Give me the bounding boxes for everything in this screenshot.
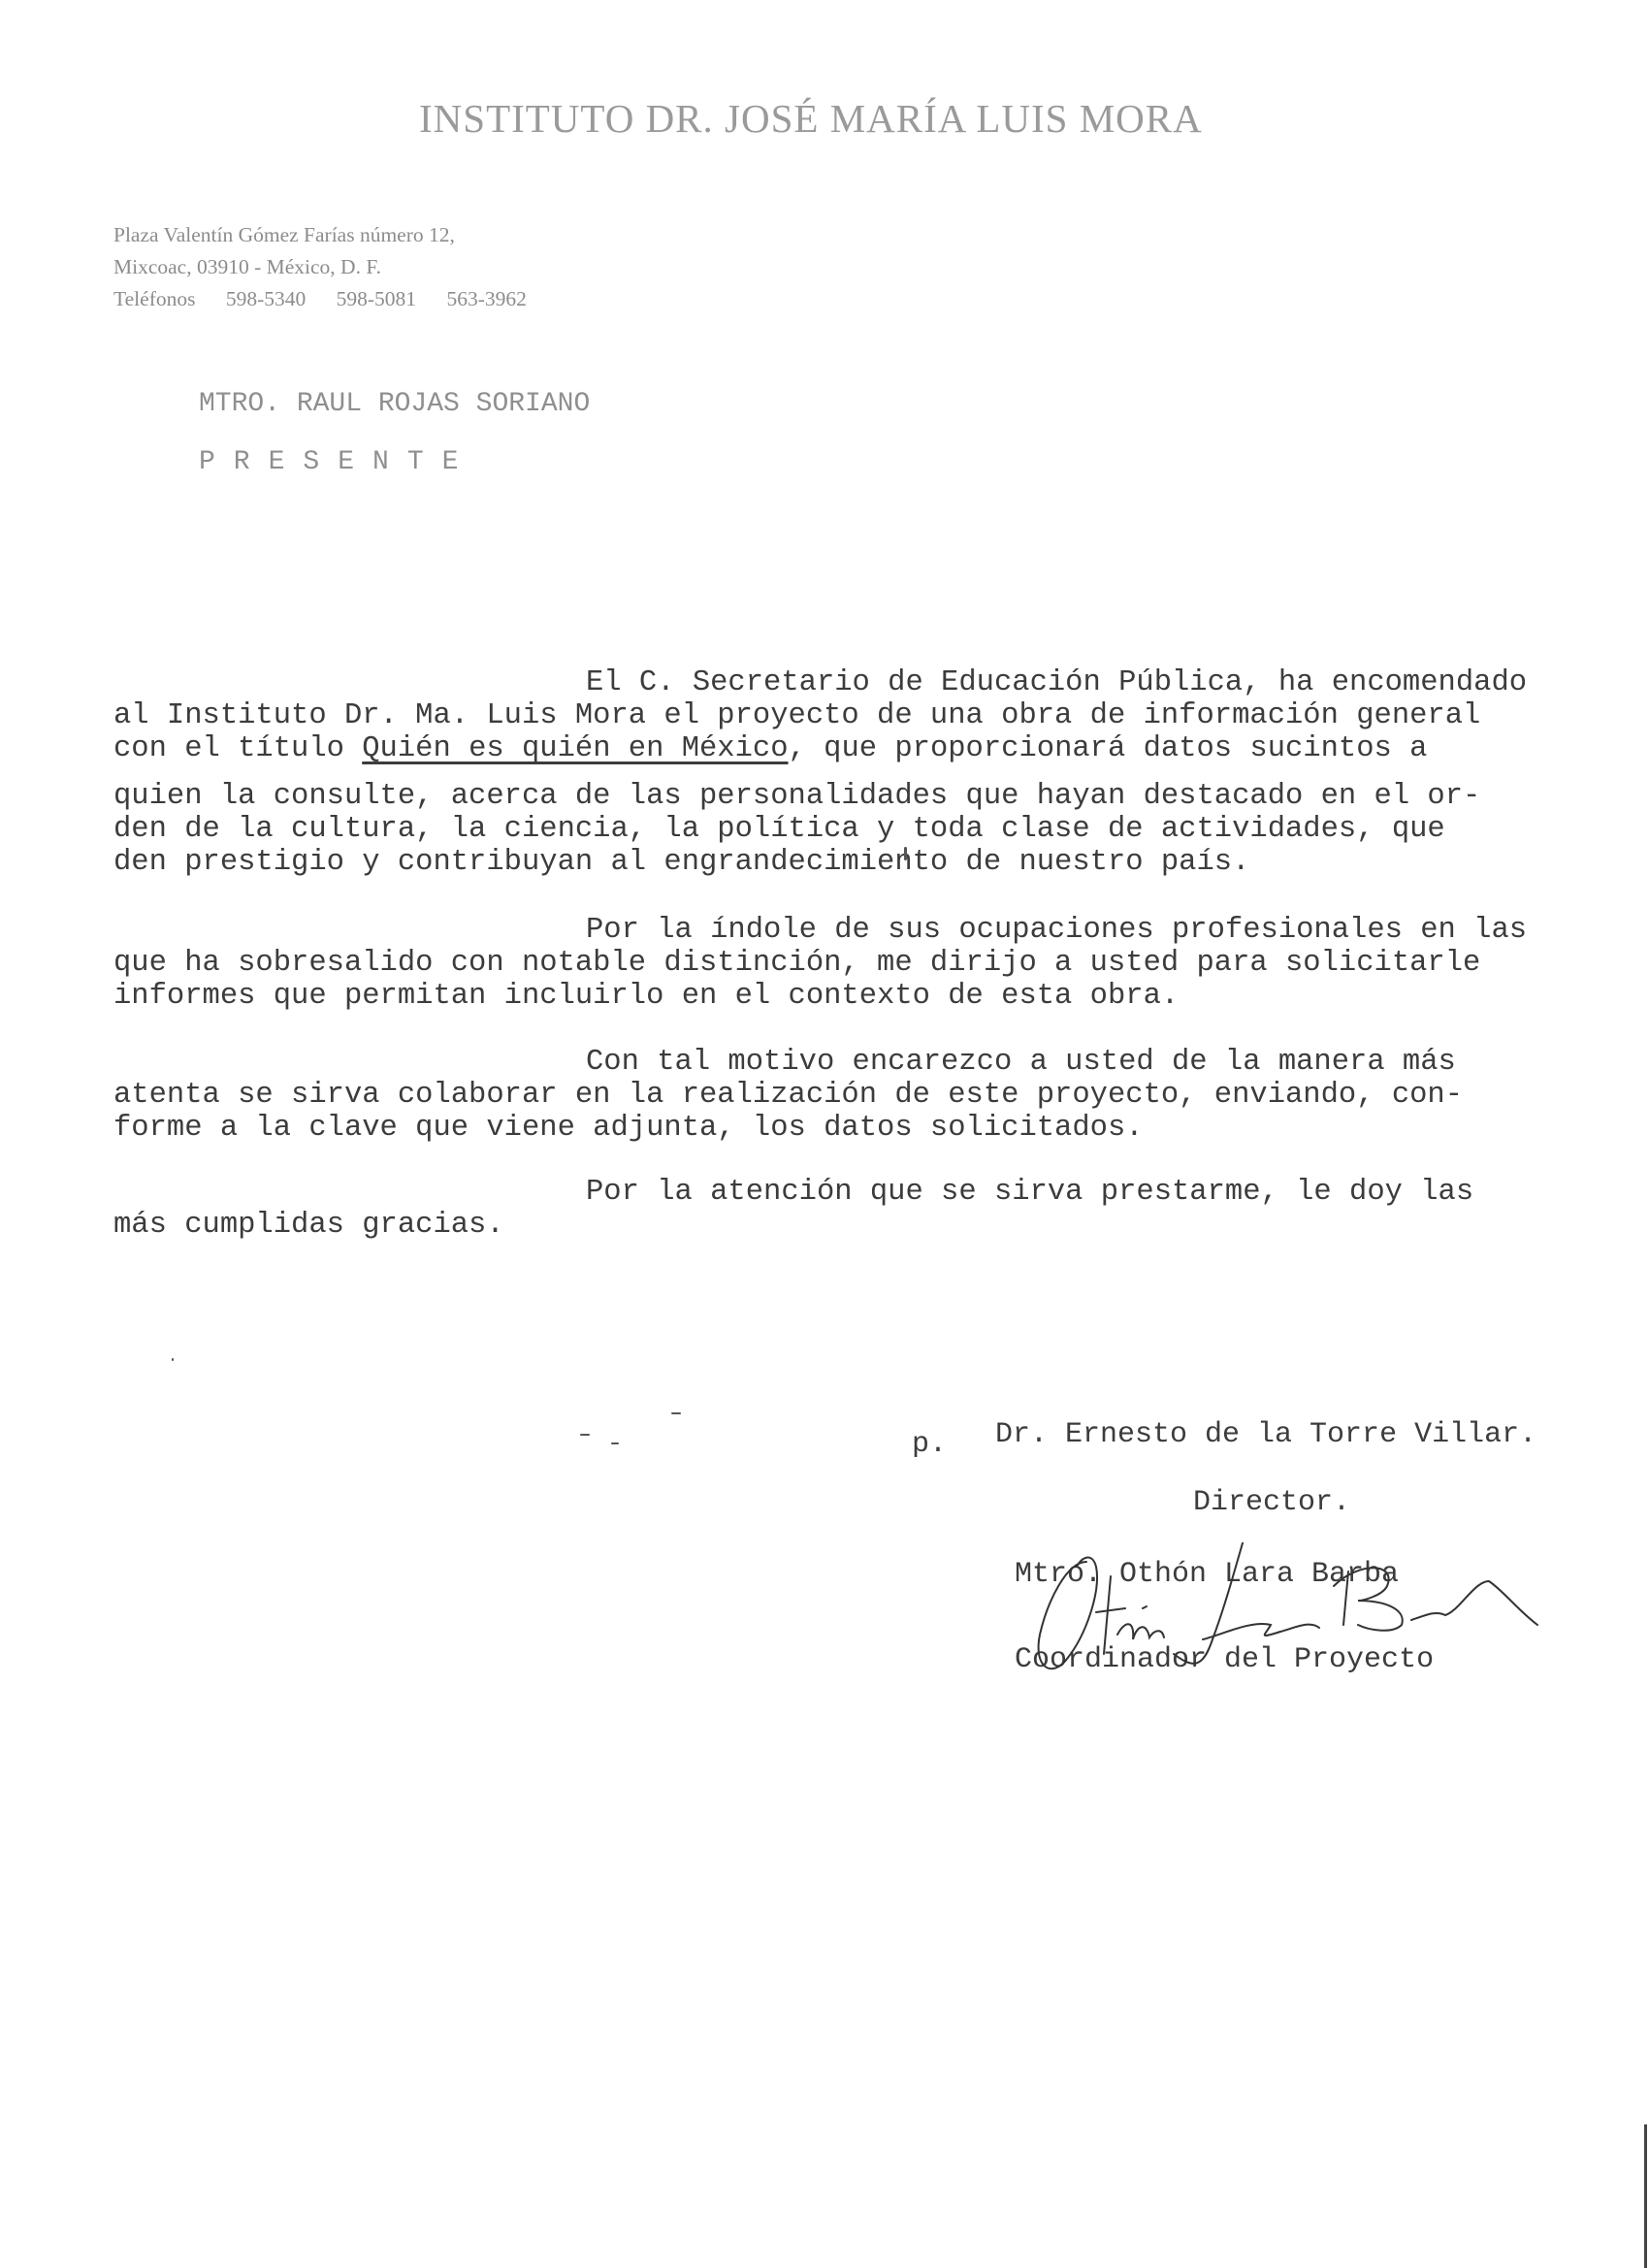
- ink-speck: [904, 847, 907, 860]
- phone-number: 563-3962: [446, 287, 526, 310]
- recipient-salutation: PRESENTE: [199, 434, 590, 492]
- body-line: informes que permitan incluirlo en el co…: [113, 980, 1627, 1013]
- per-prefix: p.: [912, 1428, 947, 1461]
- address-line: Mixcoac, 03910 - México, D. F.: [113, 251, 552, 283]
- body-line: Por la índole de sus ocupaciones profesi…: [113, 914, 1627, 947]
- body-line: Con tal motivo encarezco a usted de la m…: [113, 1046, 1627, 1079]
- director-name: Dr. Ernesto de la Torre Villar.: [995, 1418, 1536, 1451]
- body-line: atenta se sirva colaborar en la realizac…: [113, 1079, 1627, 1112]
- work-title: Quién es quién en México: [362, 732, 788, 765]
- letterhead-address: Plaza Valentín Gómez Farías número 12, M…: [113, 219, 552, 315]
- phone-number: 598-5340: [226, 287, 306, 310]
- phones-label: Teléfonos: [113, 287, 195, 310]
- ink-speck: [172, 1358, 174, 1361]
- body-line: con el título Quién es quién en México, …: [113, 732, 1627, 765]
- paragraph-1-continuation: quien la consulte, acerca de las persona…: [113, 780, 1627, 879]
- paragraph-1: El C. Secretario de Educación Pública, h…: [113, 666, 1627, 765]
- body-line: quien la consulte, acerca de las persona…: [113, 780, 1627, 813]
- letter-page: INSTITUTO DR. JOSÉ MARÍA LUIS MORA Plaza…: [0, 0, 1649, 2268]
- letterhead-institution: INSTITUTO DR. JOSÉ MARÍA LUIS MORA: [419, 95, 1203, 142]
- body-line: El C. Secretario de Educación Pública, h…: [113, 666, 1627, 699]
- paragraph-2: Por la índole de sus ocupaciones profesi…: [113, 914, 1627, 1013]
- ink-speck: [671, 1412, 681, 1414]
- body-line: den prestigio y contribuyan al engrandec…: [113, 846, 1627, 879]
- ink-speck: [580, 1434, 590, 1436]
- recipient-block: MTRO. RAUL ROJAS SORIANO PRESENTE: [199, 375, 590, 492]
- address-line: Plaza Valentín Gómez Farías número 12,: [113, 219, 552, 251]
- body-line: den de la cultura, la ciencia, la políti…: [113, 813, 1627, 846]
- handwritten-signature-icon: [1028, 1542, 1600, 1688]
- body-line: Por la atención que se sirva prestarme, …: [113, 1176, 1627, 1209]
- body-line: forme a la clave que viene adjunta, los …: [113, 1112, 1627, 1145]
- ink-speck: [611, 1442, 619, 1444]
- phone-number: 598-5081: [337, 287, 416, 310]
- body-text: , que proporcionará datos sucintos a: [789, 732, 1428, 765]
- phone-numbers: Teléfonos 598-5340 598-5081 563-3962: [113, 283, 552, 315]
- body-line: más cumplidas gracias.: [113, 1209, 1627, 1242]
- paragraph-4: Por la atención que se sirva prestarme, …: [113, 1176, 1627, 1242]
- director-title: Director.: [1193, 1486, 1350, 1519]
- paragraph-3: Con tal motivo encarezco a usted de la m…: [113, 1046, 1627, 1145]
- recipient-name: MTRO. RAUL ROJAS SORIANO: [199, 375, 590, 434]
- body-line: que ha sobresalido con notable distinció…: [113, 947, 1627, 980]
- body-line: al Instituto Dr. Ma. Luis Mora el proyec…: [113, 699, 1627, 732]
- body-text: con el título: [113, 732, 362, 765]
- page-edge-shadow: [1644, 2124, 1647, 2268]
